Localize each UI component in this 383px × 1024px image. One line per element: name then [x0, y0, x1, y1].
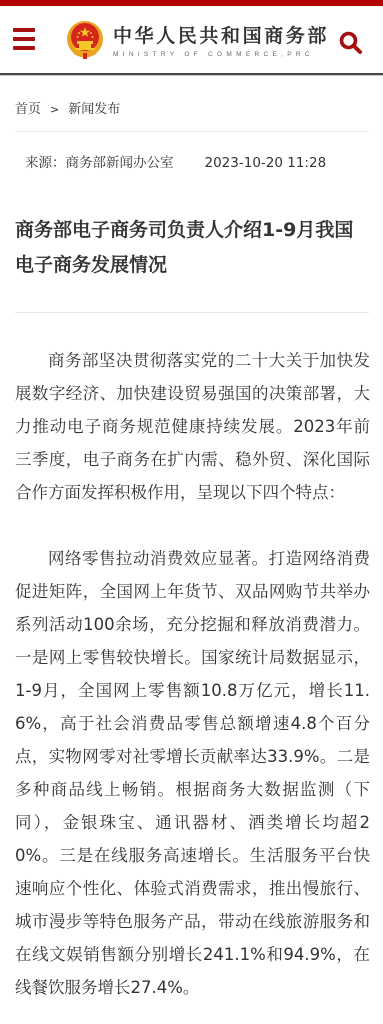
national-emblem-icon[interactable]: [66, 20, 104, 60]
brand-name-en: MINISTRY OF COMMERCE,PRC: [113, 51, 329, 58]
search-button[interactable]: [338, 30, 364, 56]
hamburger-menu-icon-bar: [13, 37, 35, 41]
breadcrumb-divider: [15, 131, 369, 132]
article-body: 商务部坚决贯彻落实党的二十大关于加快发展数字经济、加快建设贸易强国的决策部署，大…: [15, 344, 370, 1004]
hamburger-menu-icon-bar: [13, 46, 35, 50]
breadcrumb: 首页>新闻发布: [15, 98, 120, 117]
breadcrumb-separator: >: [50, 103, 59, 116]
article-source: 来源：商务部新闻办公室: [25, 155, 174, 171]
site-brand[interactable]: 中华人民共和国商务部 MINISTRY OF COMMERCE,PRC: [113, 25, 329, 58]
breadcrumb-news-link[interactable]: 新闻发布: [68, 102, 120, 117]
article-date: 2023-10-20 11:28: [205, 155, 327, 171]
search-icon: [338, 30, 364, 56]
article-paragraph: 网络零售拉动消费效应显著。打造网络消费促进矩阵，全国网上年货节、双品网购节共举办…: [15, 542, 370, 1004]
breadcrumb-home-link[interactable]: 首页: [15, 102, 41, 117]
title-divider: [15, 312, 369, 313]
brand-name-cn: 中华人民共和国商务部: [113, 25, 329, 47]
menu-button[interactable]: [13, 28, 35, 50]
hamburger-menu-icon: [13, 28, 35, 32]
article-title: 商务部电子商务司负责人介绍1-9月我国电子商务发展情况: [15, 213, 370, 283]
article-meta: 来源：商务部新闻办公室2023-10-20 11:28: [25, 151, 326, 171]
site-header: 中华人民共和国商务部 MINISTRY OF COMMERCE,PRC: [0, 6, 383, 75]
article-paragraph: 商务部坚决贯彻落实党的二十大关于加快发展数字经济、加快建设贸易强国的决策部署，大…: [15, 344, 370, 509]
